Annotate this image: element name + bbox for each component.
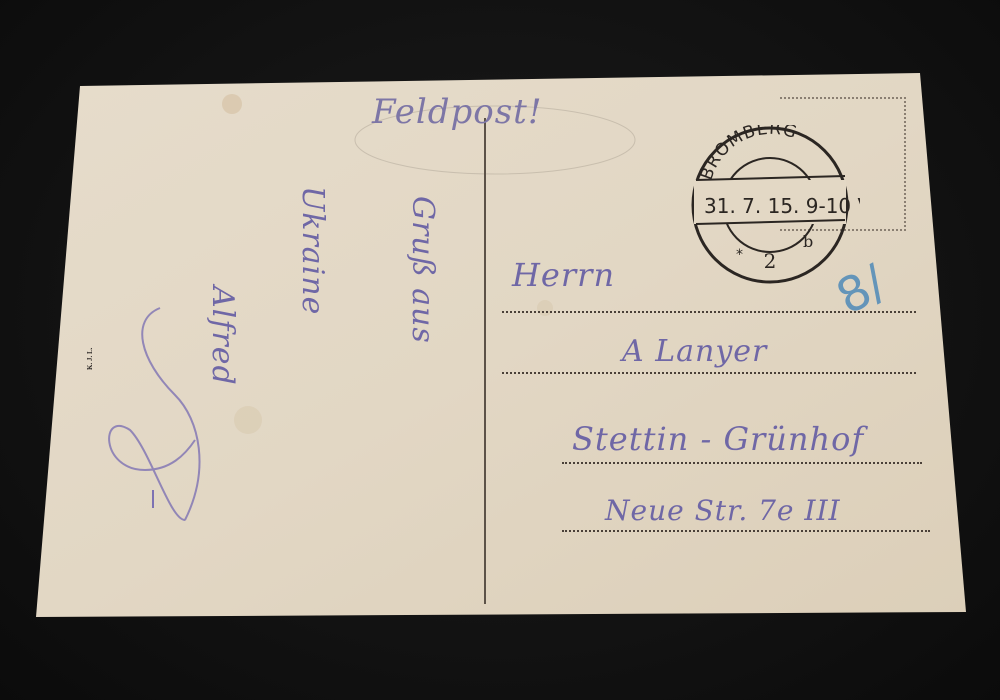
svg-text:BROMBERG: BROMBERG (697, 125, 800, 183)
center-divider-line (484, 118, 486, 604)
postmark-date: 31. 7. 15. 9-10 V (704, 194, 860, 218)
address-street: Neue Str. 7e III (605, 494, 841, 527)
feldpost-header: Feldpost! (372, 92, 543, 132)
address-city: Stettin - Grünhof (572, 420, 864, 458)
bromberg-postmark: BROMBERG 31. 7. 15. 9-10 V * 2 b (690, 125, 860, 285)
address-salutation: Herrn (512, 256, 615, 294)
postmark-city: BROMBERG (697, 125, 800, 183)
postmark-letter: b (803, 232, 813, 251)
printer-mark: K. J. L. (86, 348, 94, 370)
message-line-2: Ukraine (295, 186, 330, 315)
address-name: A Lanyer (622, 334, 767, 369)
address-line-4 (562, 530, 930, 532)
address-line-2 (502, 372, 916, 374)
message-line-3: Alfred (205, 286, 240, 386)
postmark-number: 2 (764, 249, 777, 273)
postcard: BROMBERG 31. 7. 15. 9-10 V * 2 b Feldpos… (0, 0, 1000, 700)
message-line-1: Gruß aus (405, 196, 440, 344)
address-line-3 (562, 462, 922, 464)
postmark-star: * (736, 247, 743, 263)
